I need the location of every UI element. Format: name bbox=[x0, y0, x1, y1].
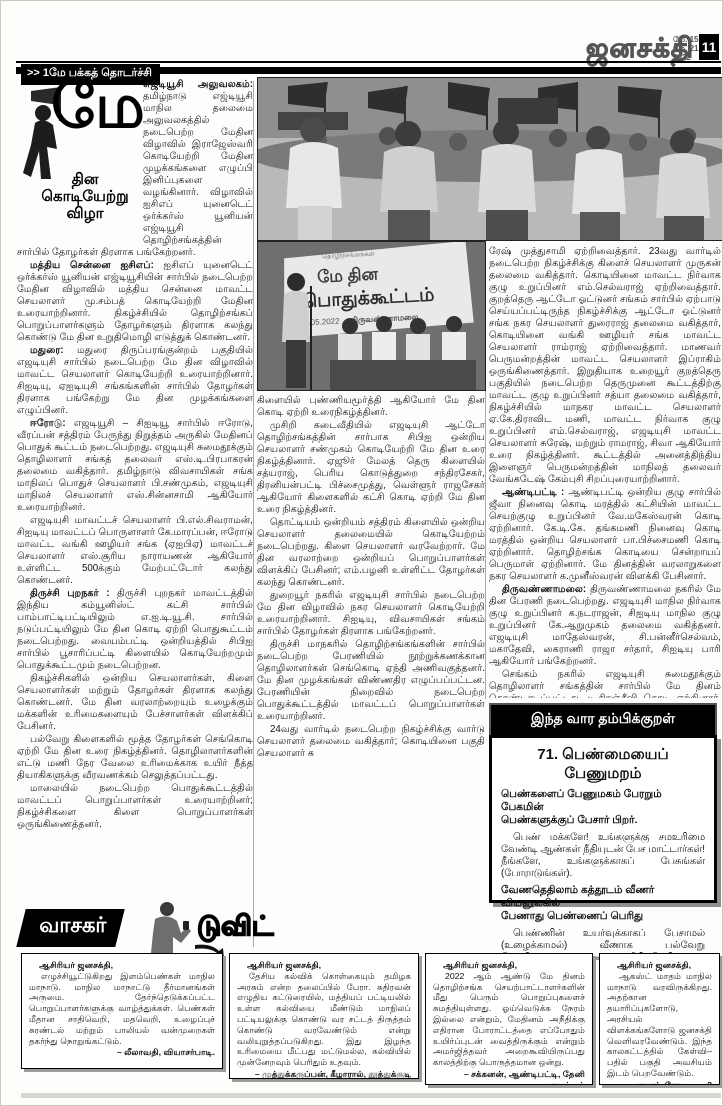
kural-subtitle-line1: பெண்களைப் பேணுமகம் பேரறும் பேகமின் bbox=[501, 788, 705, 814]
paragraph: முசிறி கடைவீதியில் எஜடியுசி ஆட்டோ தொழிற்… bbox=[257, 420, 485, 516]
march-photo-illustration bbox=[258, 78, 722, 240]
photo-stage-meeting: மே தின பொதுக்கூட்டம் 01.05.2022 திருவண்ண… bbox=[257, 241, 486, 391]
letter-body: தேசிய கல்விக் கொள்கையும் தமிழக அரசும் என… bbox=[237, 971, 411, 1068]
letter-body: ஆகஸ்ட் மாதம் மாநில மாநாடு வரவிருக்கிறது.… bbox=[607, 971, 712, 1079]
letter-signature: – சக்கனன், ஆண்டிபட்டி, தேனி மாவட்டம் bbox=[433, 1069, 585, 1085]
headline-big-word: மே bbox=[51, 79, 143, 137]
letter-body: 2022 ஆம் ஆண்டு மே தினம் தொழிற்சங்க செயற்… bbox=[433, 971, 585, 1068]
may-day-logo: மே தின கொடியேற்று விழா bbox=[17, 79, 137, 239]
stage-photo-illustration: மே தின பொதுக்கூட்டம் 01.05.2022 திருவண்ண… bbox=[258, 242, 485, 390]
paragraph: செங்கம் நகரில் எஜடியுசி சுமைதூக்கும் தொழ… bbox=[489, 669, 721, 698]
page-number-badge: 11 bbox=[699, 34, 719, 60]
headline-line1: தின bbox=[35, 171, 135, 188]
article-middle-column: கிளையில் புண்ணியமூர்த்தி ஆகியோர் மே தின … bbox=[257, 395, 485, 945]
paragraph: பல்வேறு கிளைகளில் மூத்த தோழர்கள் செங்கொட… bbox=[17, 734, 253, 782]
letter-signature: – குமார், கோவை – 3 bbox=[607, 1080, 712, 1085]
article-left-column: மே தின கொடியேற்று விழா எஜ்டியூசி அலுவலகம… bbox=[17, 79, 253, 903]
reader-letter: ஆசிரியர் ஜனசக்தி, 2022 ஆம் ஆண்டு மே தினம… bbox=[425, 953, 593, 1085]
paragraph: மதுரை: மதுரை திருப்பரங்குன்றம் பகுதியில்… bbox=[17, 345, 253, 417]
headline-line2: கொடியேற்று bbox=[35, 188, 135, 205]
paragraph: கிளையில் புண்ணியமூர்த்தி ஆகியோர் மே தின … bbox=[257, 395, 485, 419]
kural-title: 71. பெண்மையைப் பேணுமறம் bbox=[501, 746, 705, 784]
paragraph: மத்திய சென்னை ஐசிஎப்: ஐசிஎப் யுனைடெட் ஒர… bbox=[17, 260, 253, 344]
paragraph: திருவண்ணாமலை: திருவண்ணாமலை நகரில் மே தின… bbox=[489, 584, 721, 668]
photo-may-day-march bbox=[257, 77, 723, 241]
letter-body: எழுச்சியூட்டுகிறது இளம்பெண்கள் மாநில மாந… bbox=[29, 971, 215, 1047]
paragraph: திருச்சி புறநகர் : திருச்சி புறநகர் மாவட… bbox=[17, 588, 253, 672]
paragraph: மாலையில் நடைபெற்ற பொதுக்கூட்டத்தில் மாவட… bbox=[17, 783, 253, 831]
reader-letter: ஆசிரியர் ஜனசக்தி, எழுச்சியூட்டுகிறது இளம… bbox=[21, 953, 223, 1069]
letter-salutation: ஆசிரியர் ஜனசக்தி, bbox=[29, 960, 215, 971]
paragraph: தொட்டியம் ஒன்றியம் சத்திரம் கிளையில் ஒன்… bbox=[257, 517, 485, 589]
paragraph: ரேஷ் முத்துசாமி ஏற்றிவைத்தார். 23வது வார… bbox=[489, 246, 721, 486]
letter-salutation: ஆசிரியர் ஜனசக்தி, bbox=[433, 960, 585, 971]
kural-subtitle-line2: பெண்களுக்குப் பேசார் பிறர். bbox=[501, 814, 705, 827]
kural-box: 71. பெண்மையைப் பேணுமறம் பெண்களைப் பேணுமக… bbox=[489, 735, 717, 903]
reader-tweet-header: வாசகர் டுவிட் bbox=[19, 903, 269, 953]
paragraph: எஜடியுசி மாவட்டச் செயலாளர் பி.எல்.சிவராம… bbox=[17, 515, 253, 587]
duvit-label: டுவிட் bbox=[197, 911, 273, 946]
paragraph: திருச்சி மாநகரில் தொழிற்சங்கங்களின் சார்… bbox=[257, 639, 485, 723]
kural-couplet-line2: பேணாது பெண்ணைப் பெரிது bbox=[501, 910, 705, 923]
kural-section-title: இந்த வார தம்பிக்குறள் bbox=[489, 703, 717, 737]
letter-salutation: ஆசிரியர் ஜனசக்தி, bbox=[607, 960, 712, 971]
paragraph: துறையூர் நகரில் எஜடியுசி சார்பில் நடைபெற… bbox=[257, 590, 485, 638]
reader-letter: ஆசிரியர் ஜனசக்தி, ஆகஸ்ட் மாதம் மாநில மாந… bbox=[599, 953, 720, 1085]
masthead-rule bbox=[16, 61, 721, 63]
bottom-shadow-strip bbox=[21, 1093, 721, 1098]
column-divider bbox=[253, 81, 254, 947]
vasagar-label: வாசகர் bbox=[16, 909, 125, 947]
kural-paragraph: பெண் மக்களே! உங்களுக்கு சமஉரிமை வேண்டி ஆ… bbox=[501, 832, 705, 880]
newspaper-page: ஜனசக்தி மே. 15 மே. 21 2022 11 >> 1மே பக்… bbox=[0, 0, 723, 1106]
paragraph: 24வது வார்டில் நடைபெற்ற நிகழ்ச்சிக்கு வா… bbox=[257, 724, 485, 760]
reader-letter: ஆசிரியர் ஜனசக்தி, தேசிய கல்விக் கொள்கையு… bbox=[229, 953, 419, 1079]
paragraph: ஈரோடு: எஜடியூசி – சிஐடியூ சார்பில் ஈரோடு… bbox=[17, 418, 253, 514]
paragraph: ஆண்டிபட்டி : ஆண்டிபட்டி ஒன்றிய குழு சார்… bbox=[489, 487, 721, 583]
letter-salutation: ஆசிரியர் ஜனசக்தி, bbox=[237, 960, 411, 971]
paragraph: நிகழ்ச்சிகளில் ஒன்றிய செயலாளர்கள், கிளை … bbox=[17, 673, 253, 733]
headline-line3: விழா bbox=[35, 205, 135, 222]
reader-with-phone-icon bbox=[137, 899, 193, 953]
kural-couplet-line1: வேணதெதிலாம் கத்தூடம் வீணர் வியனுலகில் bbox=[501, 884, 705, 910]
headline-lines: தின கொடியேற்று விழா bbox=[35, 171, 135, 222]
article-right-column: ரேஷ் முத்துசாமி ஏற்றிவைத்தார். 23வது வார… bbox=[489, 246, 721, 698]
letter-signature: – லீலாவதி, வியாசர்பாடி. bbox=[29, 1047, 215, 1058]
letter-signature: – முத்துக்கருப்பன், கீழாரால், தூத்துக்கு… bbox=[237, 1069, 411, 1079]
